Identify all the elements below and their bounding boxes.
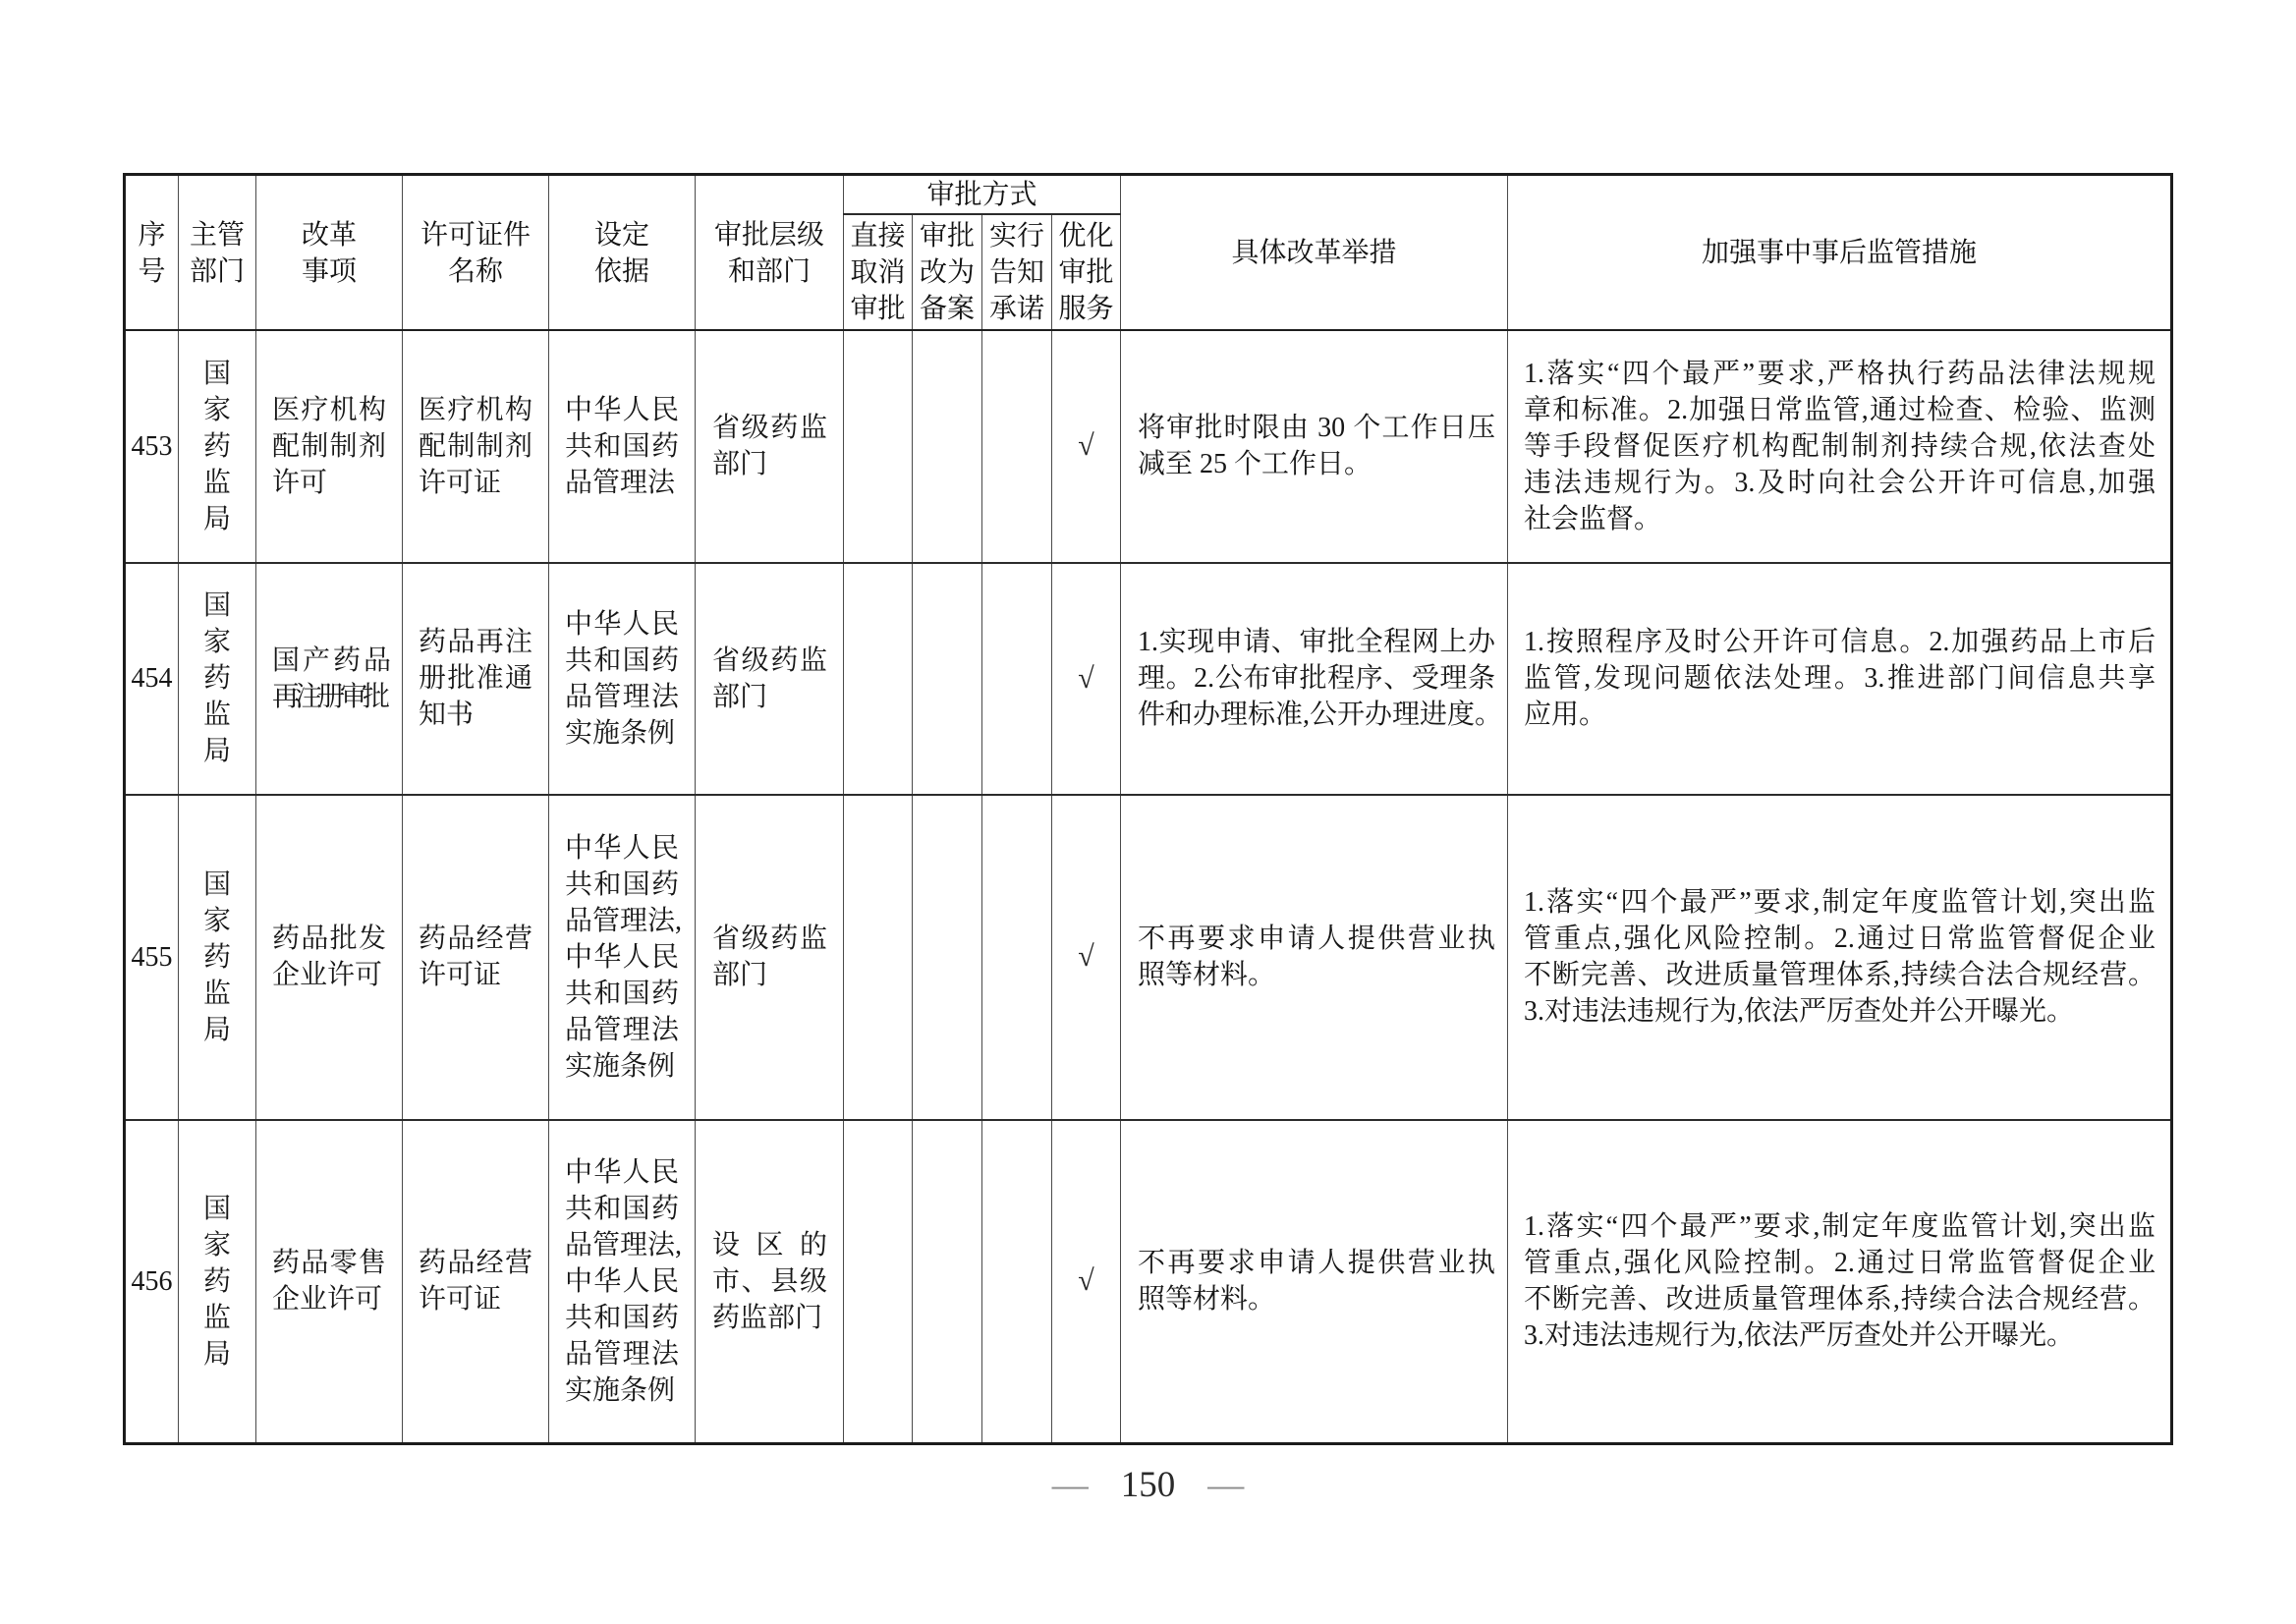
text-line: 管重点,强化风险控制。2.通过日常监管督促企业 bbox=[1524, 1245, 2156, 1281]
cell-reform-measures: 将审批时限由 30 个工作日压减至 25 个工作日。 bbox=[1121, 330, 1508, 563]
supervision-measures-text: 1.落实“四个最严”要求,制定年度监管计划,突出监管重点,强化风险控制。2.通过… bbox=[1524, 1208, 2156, 1354]
page-number-dash-left: — bbox=[1052, 1466, 1089, 1505]
text-line: 知书 bbox=[419, 697, 532, 733]
text-line: 医疗机构 bbox=[272, 392, 386, 428]
text-line: 不断完善、改进质量管理体系,持续合法合规经营。 bbox=[1524, 957, 2156, 993]
cell-seq: 456 bbox=[125, 1120, 179, 1444]
text-line: 册批准通 bbox=[419, 660, 532, 697]
text-line: 章和标准。2.加强日常监管,通过检查、检验、监测 bbox=[1524, 392, 2156, 428]
legal-basis-text: 中华人民共和国药品管理法,中华人民共和国药品管理法实施条例 bbox=[565, 830, 679, 1085]
cell-supervision-measures: 1.按照程序及时公开许可信息。2.加强药品上市后监管,发现问题依法处理。3.推进… bbox=[1508, 563, 2172, 795]
reform-item-text: 药品批发企业许可 bbox=[272, 921, 386, 993]
cell-dept: 国家药监局 bbox=[179, 330, 256, 563]
dept-name: 国家药监局 bbox=[203, 356, 231, 537]
header-mode-notification-commitment: 实行 告知 承诺 bbox=[982, 214, 1052, 330]
text-line: 许可 bbox=[272, 465, 386, 501]
cell-approval-level: 省级药监部门 bbox=[696, 563, 844, 795]
cell-supervision-measures: 1.落实“四个最严”要求,严格执行药品法律法规规章和标准。2.加强日常监管,通过… bbox=[1508, 330, 2172, 563]
cell-legal-basis: 中华人民共和国药品管理法,中华人民共和国药品管理法实施条例 bbox=[549, 795, 696, 1120]
license-name-text: 药品经营许可证 bbox=[419, 1245, 532, 1317]
text-line: 社会监督。 bbox=[1524, 501, 2156, 537]
legal-basis-text: 中华人民共和国药品管理法,中华人民共和国药品管理法实施条例 bbox=[565, 1154, 679, 1409]
text-line: 应用。 bbox=[1524, 697, 2156, 733]
text-line: 件和办理标准,公开办理进度。 bbox=[1138, 697, 1495, 733]
text-line: 品管理法, bbox=[565, 903, 679, 939]
cell-reform-item: 药品零售企业许可 bbox=[256, 1120, 403, 1444]
text-line: 中华人民 bbox=[565, 1263, 679, 1300]
page-number-dash-right: — bbox=[1207, 1466, 1244, 1505]
text-line: 市、县级 bbox=[712, 1263, 827, 1300]
reform-measures-text: 不再要求申请人提供营业执照等材料。 bbox=[1138, 921, 1495, 993]
header-mode-optimize-service: 优化 审批 服务 bbox=[1052, 214, 1121, 330]
cell-license-name: 药品经营许可证 bbox=[403, 795, 549, 1120]
text-line: 共和国药 bbox=[565, 428, 679, 465]
header-approval-mode: 审批方式 bbox=[844, 175, 1121, 214]
text-line: 实施条例 bbox=[565, 715, 679, 752]
text-line: 许可证 bbox=[419, 465, 532, 501]
text-line: 配制制剂 bbox=[272, 428, 386, 465]
header-reform-item: 改革 事项 bbox=[256, 175, 403, 330]
text-line: 药品经营 bbox=[419, 1245, 532, 1281]
text-line: 违法违规行为。3.及时向社会公开许可信息,加强 bbox=[1524, 465, 2156, 501]
header-supervision-measures: 加强事中事后监管措施 bbox=[1508, 175, 2172, 330]
legal-basis-text: 中华人民共和国药品管理法实施条例 bbox=[565, 606, 679, 752]
text-line: 不再要求申请人提供营业执 bbox=[1138, 1245, 1495, 1281]
text-line: 再注册审批 bbox=[272, 679, 386, 715]
approval-level-text: 省级药监部门 bbox=[712, 410, 827, 482]
text-line: 部门 bbox=[712, 679, 827, 715]
cell-supervision-measures: 1.落实“四个最严”要求,制定年度监管计划,突出监管重点,强化风险控制。2.通过… bbox=[1508, 1120, 2172, 1444]
text-line: 中华人民 bbox=[565, 830, 679, 867]
supervision-measures-text: 1.按照程序及时公开许可信息。2.加强药品上市后监管,发现问题依法处理。3.推进… bbox=[1524, 624, 2156, 733]
cell-approval-level: 省级药监部门 bbox=[696, 795, 844, 1120]
text-line: 品管理法 bbox=[565, 1012, 679, 1048]
text-line: 监管,发现问题依法处理。3.推进部门间信息共享 bbox=[1524, 660, 2156, 697]
text-line: 共和国药 bbox=[565, 1191, 679, 1227]
text-line: 省级药监 bbox=[712, 643, 827, 679]
text-line: 1.落实“四个最严”要求,制定年度监管计划,突出监 bbox=[1524, 884, 2156, 921]
license-name-text: 药品经营许可证 bbox=[419, 921, 532, 993]
cell-legal-basis: 中华人民共和国药品管理法实施条例 bbox=[549, 563, 696, 795]
seq-number: 455 bbox=[132, 942, 173, 973]
cell-legal-basis: 中华人民共和国药品管理法 bbox=[549, 330, 696, 563]
license-name-text: 药品再注册批准通知书 bbox=[419, 624, 532, 733]
text-line: 品管理法 bbox=[565, 679, 679, 715]
text-line: 不再要求申请人提供营业执 bbox=[1138, 921, 1495, 957]
text-line: 许可证 bbox=[419, 1281, 532, 1317]
text-line: 照等材料。 bbox=[1138, 957, 1495, 993]
text-line: 国产药品 bbox=[272, 643, 386, 679]
text-line: 药品再注 bbox=[419, 624, 532, 660]
cell-reform-measures: 1.实现申请、审批全程网上办理。2.公布审批程序、受理条件和办理标准,公开办理进… bbox=[1121, 563, 1508, 795]
cell-mode-notification-commitment bbox=[982, 795, 1052, 1120]
text-line: 1.按照程序及时公开许可信息。2.加强药品上市后 bbox=[1524, 624, 2156, 660]
text-line: 1.实现申请、审批全程网上办 bbox=[1138, 624, 1495, 660]
reform-item-text: 医疗机构配制制剂许可 bbox=[272, 392, 386, 501]
text-line: 中华人民 bbox=[565, 1154, 679, 1191]
cell-seq: 454 bbox=[125, 563, 179, 795]
reform-measures-text: 将审批时限由 30 个工作日压减至 25 个工作日。 bbox=[1138, 410, 1495, 482]
seq-number: 454 bbox=[132, 663, 173, 694]
dept-name: 国家药监局 bbox=[203, 588, 231, 769]
text-line: 品管理法 bbox=[565, 1336, 679, 1372]
text-line: 品管理法, bbox=[565, 1227, 679, 1263]
cell-mode-optimize-service: √ bbox=[1052, 795, 1121, 1120]
text-line: 中华人民 bbox=[565, 939, 679, 976]
text-line: 3.对违法违规行为,依法严厉查处并公开曝光。 bbox=[1524, 993, 2156, 1030]
text-line: 药品零售 bbox=[272, 1245, 386, 1281]
cell-legal-basis: 中华人民共和国药品管理法,中华人民共和国药品管理法实施条例 bbox=[549, 1120, 696, 1444]
text-line: 1.落实“四个最严”要求,制定年度监管计划,突出监 bbox=[1524, 1208, 2156, 1245]
text-line: 企业许可 bbox=[272, 1281, 386, 1317]
license-name-text: 医疗机构配制制剂许可证 bbox=[419, 392, 532, 501]
cell-license-name: 药品经营许可证 bbox=[403, 1120, 549, 1444]
cell-approval-level: 省级药监部门 bbox=[696, 330, 844, 563]
page-number: — 150 — bbox=[0, 1466, 2296, 1505]
header-row: 序 号 主管 部门 改革 事项 许可证件 名称 设定 依据 审批层级 和部门 审… bbox=[125, 175, 2172, 214]
supervision-measures-text: 1.落实“四个最严”要求,严格执行药品法律法规规章和标准。2.加强日常监管,通过… bbox=[1524, 356, 2156, 537]
text-line: 将审批时限由 30 个工作日压 bbox=[1138, 410, 1495, 446]
text-line: 共和国药 bbox=[565, 976, 679, 1012]
cell-seq: 455 bbox=[125, 795, 179, 1120]
cell-reform-item: 国产药品再注册审批 bbox=[256, 563, 403, 795]
text-line: 中华人民 bbox=[565, 392, 679, 428]
header-approval-level: 审批层级 和部门 bbox=[696, 175, 844, 330]
dept-name: 国家药监局 bbox=[203, 1191, 231, 1372]
text-line: 设区的 bbox=[712, 1227, 827, 1263]
cell-mode-optimize-service: √ bbox=[1052, 563, 1121, 795]
text-line: 医疗机构 bbox=[419, 392, 532, 428]
cell-mode-to-filing bbox=[913, 795, 982, 1120]
text-line: 3.对违法违规行为,依法严厉查处并公开曝光。 bbox=[1524, 1317, 2156, 1354]
header-mode-to-filing: 审批 改为 备案 bbox=[913, 214, 982, 330]
cell-reform-measures: 不再要求申请人提供营业执照等材料。 bbox=[1121, 1120, 1508, 1444]
text-line: 不断完善、改进质量管理体系,持续合法合规经营。 bbox=[1524, 1281, 2156, 1317]
text-line: 管重点,强化风险控制。2.通过日常监管督促企业 bbox=[1524, 921, 2156, 957]
header-seq: 序 号 bbox=[125, 175, 179, 330]
approval-level-text: 设区的市、县级药监部门 bbox=[712, 1227, 827, 1336]
text-line: 减至 25 个工作日。 bbox=[1138, 446, 1495, 482]
text-line: 理。2.公布审批程序、受理条 bbox=[1138, 660, 1495, 697]
check-mark-icon: √ bbox=[1078, 1264, 1093, 1297]
text-line: 省级药监 bbox=[712, 921, 827, 957]
document-page: 序 号 主管 部门 改革 事项 许可证件 名称 设定 依据 审批层级 和部门 审… bbox=[0, 0, 2296, 1624]
reform-item-text: 药品零售企业许可 bbox=[272, 1245, 386, 1317]
header-mode-direct-cancel: 直接 取消 审批 bbox=[844, 214, 913, 330]
text-line: 等手段督促医疗机构配制制剂持续合规,依法查处 bbox=[1524, 428, 2156, 465]
text-line: 实施条例 bbox=[565, 1048, 679, 1085]
text-line: 药品经营 bbox=[419, 921, 532, 957]
reform-measures-text: 1.实现申请、审批全程网上办理。2.公布审批程序、受理条件和办理标准,公开办理进… bbox=[1138, 624, 1495, 733]
cell-mode-optimize-service: √ bbox=[1052, 330, 1121, 563]
cell-mode-direct-cancel bbox=[844, 330, 913, 563]
legal-basis-text: 中华人民共和国药品管理法 bbox=[565, 392, 679, 501]
cell-mode-notification-commitment bbox=[982, 563, 1052, 795]
page-number-value: 150 bbox=[1121, 1466, 1176, 1505]
text-line: 部门 bbox=[712, 446, 827, 482]
text-line: 实施条例 bbox=[565, 1372, 679, 1409]
text-line: 部门 bbox=[712, 957, 827, 993]
supervision-measures-text: 1.落实“四个最严”要求,制定年度监管计划,突出监管重点,强化风险控制。2.通过… bbox=[1524, 884, 2156, 1030]
text-line: 品管理法 bbox=[565, 465, 679, 501]
table-row: 456 国家药监局 药品零售企业许可 药品经营许可证 中华人民共和国药品管理法,… bbox=[125, 1120, 2172, 1444]
cell-seq: 453 bbox=[125, 330, 179, 563]
reform-item-text: 国产药品再注册审批 bbox=[272, 643, 386, 715]
text-line: 省级药监 bbox=[712, 410, 827, 446]
cell-license-name: 药品再注册批准通知书 bbox=[403, 563, 549, 795]
cell-approval-level: 设区的市、县级药监部门 bbox=[696, 1120, 844, 1444]
table-row: 455 国家药监局 药品批发企业许可 药品经营许可证 中华人民共和国药品管理法,… bbox=[125, 795, 2172, 1120]
cell-mode-direct-cancel bbox=[844, 563, 913, 795]
seq-number: 456 bbox=[132, 1266, 173, 1297]
table-row: 453 国家药监局 医疗机构配制制剂许可 医疗机构配制制剂许可证 中华人民共和国… bbox=[125, 330, 2172, 563]
check-mark-icon: √ bbox=[1078, 429, 1093, 462]
cell-mode-to-filing bbox=[913, 330, 982, 563]
text-line: 药监部门 bbox=[712, 1300, 827, 1336]
table-row: 454 国家药监局 国产药品再注册审批 药品再注册批准通知书 中华人民共和国药品… bbox=[125, 563, 2172, 795]
cell-reform-item: 药品批发企业许可 bbox=[256, 795, 403, 1120]
text-line: 共和国药 bbox=[565, 643, 679, 679]
text-line: 中华人民 bbox=[565, 606, 679, 643]
text-line: 企业许可 bbox=[272, 957, 386, 993]
check-mark-icon: √ bbox=[1078, 940, 1093, 973]
cell-reform-measures: 不再要求申请人提供营业执照等材料。 bbox=[1121, 795, 1508, 1120]
dept-name: 国家药监局 bbox=[203, 867, 231, 1048]
text-line: 1.落实“四个最严”要求,严格执行药品法律法规规 bbox=[1524, 356, 2156, 392]
header-legal-basis: 设定 依据 bbox=[549, 175, 696, 330]
check-mark-icon: √ bbox=[1078, 662, 1093, 695]
header-dept: 主管 部门 bbox=[179, 175, 256, 330]
cell-mode-notification-commitment bbox=[982, 1120, 1052, 1444]
cell-dept: 国家药监局 bbox=[179, 1120, 256, 1444]
cell-license-name: 医疗机构配制制剂许可证 bbox=[403, 330, 549, 563]
cell-mode-to-filing bbox=[913, 1120, 982, 1444]
cell-mode-to-filing bbox=[913, 563, 982, 795]
seq-number: 453 bbox=[132, 431, 173, 462]
text-line: 许可证 bbox=[419, 957, 532, 993]
text-line: 照等材料。 bbox=[1138, 1281, 1495, 1317]
header-license-name: 许可证件 名称 bbox=[403, 175, 549, 330]
approval-level-text: 省级药监部门 bbox=[712, 921, 827, 993]
text-line: 配制制剂 bbox=[419, 428, 532, 465]
cell-mode-optimize-service: √ bbox=[1052, 1120, 1121, 1444]
cell-reform-item: 医疗机构配制制剂许可 bbox=[256, 330, 403, 563]
reform-measures-text: 不再要求申请人提供营业执照等材料。 bbox=[1138, 1245, 1495, 1317]
text-line: 药品批发 bbox=[272, 921, 386, 957]
cell-mode-direct-cancel bbox=[844, 1120, 913, 1444]
cell-mode-notification-commitment bbox=[982, 330, 1052, 563]
cell-dept: 国家药监局 bbox=[179, 563, 256, 795]
cell-dept: 国家药监局 bbox=[179, 795, 256, 1120]
header-reform-measures: 具体改革举措 bbox=[1121, 175, 1508, 330]
approval-level-text: 省级药监部门 bbox=[712, 643, 827, 715]
text-line: 共和国药 bbox=[565, 867, 679, 903]
reform-table: 序 号 主管 部门 改革 事项 许可证件 名称 设定 依据 审批层级 和部门 审… bbox=[123, 173, 2173, 1445]
text-line: 共和国药 bbox=[565, 1300, 679, 1336]
cell-supervision-measures: 1.落实“四个最严”要求,制定年度监管计划,突出监管重点,强化风险控制。2.通过… bbox=[1508, 795, 2172, 1120]
cell-mode-direct-cancel bbox=[844, 795, 913, 1120]
